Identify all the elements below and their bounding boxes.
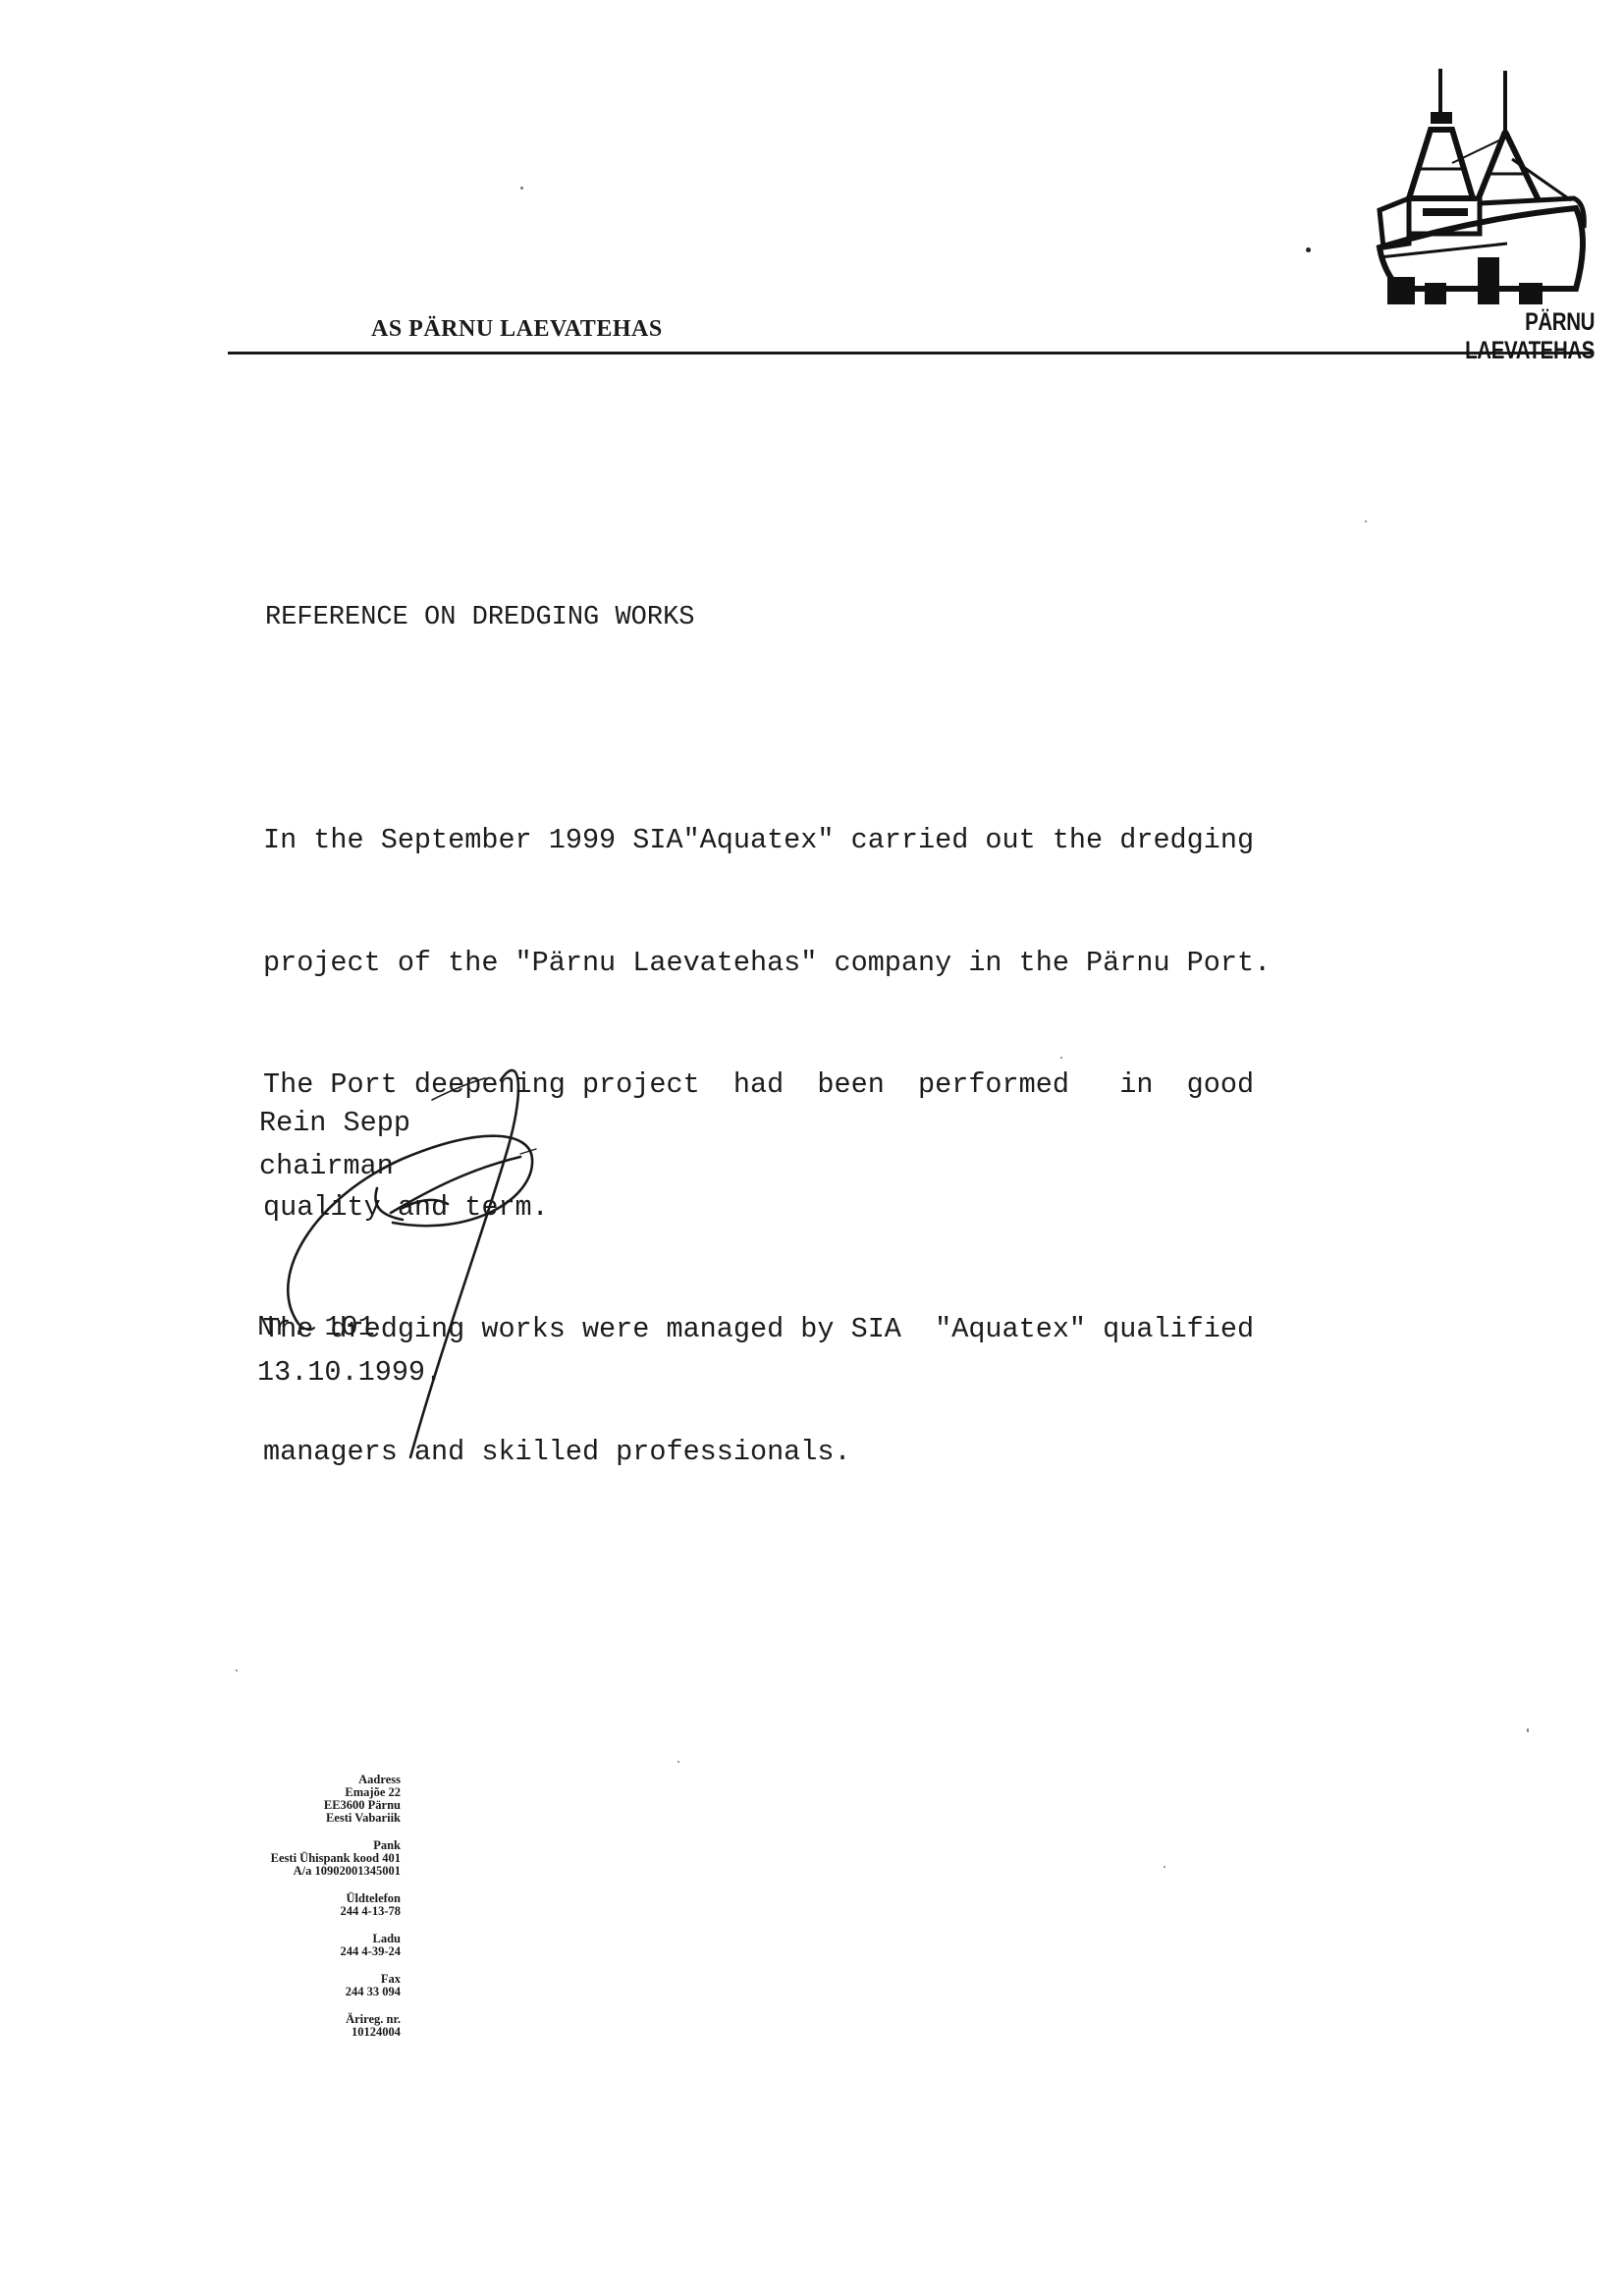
bank-account: A/a 10902001345001	[177, 1865, 401, 1878]
document-date: 13.10.1999.	[257, 1351, 442, 1394]
scan-speck	[1306, 247, 1311, 252]
scan-speck	[1365, 520, 1367, 522]
body-line: In the September 1999 SIA"Aquatex" carri…	[263, 820, 1441, 861]
phone-number: 244 4-13-78	[177, 1905, 401, 1918]
ship-icon	[1370, 61, 1588, 306]
registry-group: Ärireg. nr. 10124004	[177, 2013, 401, 2039]
logo-text: PÄRNU LAEVATEHAS	[1401, 308, 1595, 365]
scan-speck	[677, 1761, 679, 1763]
scan-speck	[1164, 1866, 1165, 1868]
bank-group: Pank Eesti Ühispank kood 401 A/a 1090200…	[177, 1839, 401, 1878]
phone-group: Üldtelefon 244 4-13-78	[177, 1892, 401, 1918]
registry-number: 10124004	[177, 2026, 401, 2039]
address-line: Eesti Vabariik	[177, 1812, 401, 1825]
document-number: Nr. 101	[257, 1306, 375, 1349]
letter-subject: REFERENCE ON DREDGING WORKS	[265, 603, 694, 632]
contact-block: Aadress Emajõe 22 EE3600 Pärnu Eesti Vab…	[177, 1774, 401, 2053]
warehouse-phone: 244 4-39-24	[177, 1945, 401, 1958]
body-line: project of the "Pärnu Laevatehas" compan…	[263, 943, 1441, 984]
warehouse-group: Ladu 244 4-39-24	[177, 1933, 401, 1958]
fax-number: 244 33 094	[177, 1986, 401, 1998]
address-group: Aadress Emajõe 22 EE3600 Pärnu Eesti Vab…	[177, 1774, 401, 1825]
header-divider	[228, 352, 1593, 355]
letter-body: In the September 1999 SIA"Aquatex" carri…	[263, 738, 1441, 1513]
scan-speck	[520, 187, 523, 190]
body-line: quality and term.	[263, 1187, 1441, 1229]
body-line: The Port deepening project had been perf…	[263, 1065, 1441, 1106]
signer-title: chairman	[259, 1145, 394, 1188]
body-line: The dredging works were managed by SIA "…	[263, 1309, 1441, 1350]
scan-speck	[1060, 1057, 1062, 1059]
scan-speck	[1527, 1728, 1529, 1732]
scan-speck	[236, 1669, 238, 1671]
signer-name: Rein Sepp	[259, 1102, 410, 1145]
fax-group: Fax 244 33 094	[177, 1973, 401, 1998]
company-name: AS PÄRNU LAEVATEHAS	[371, 316, 663, 343]
body-line: managers and skilled professionals.	[263, 1432, 1441, 1473]
